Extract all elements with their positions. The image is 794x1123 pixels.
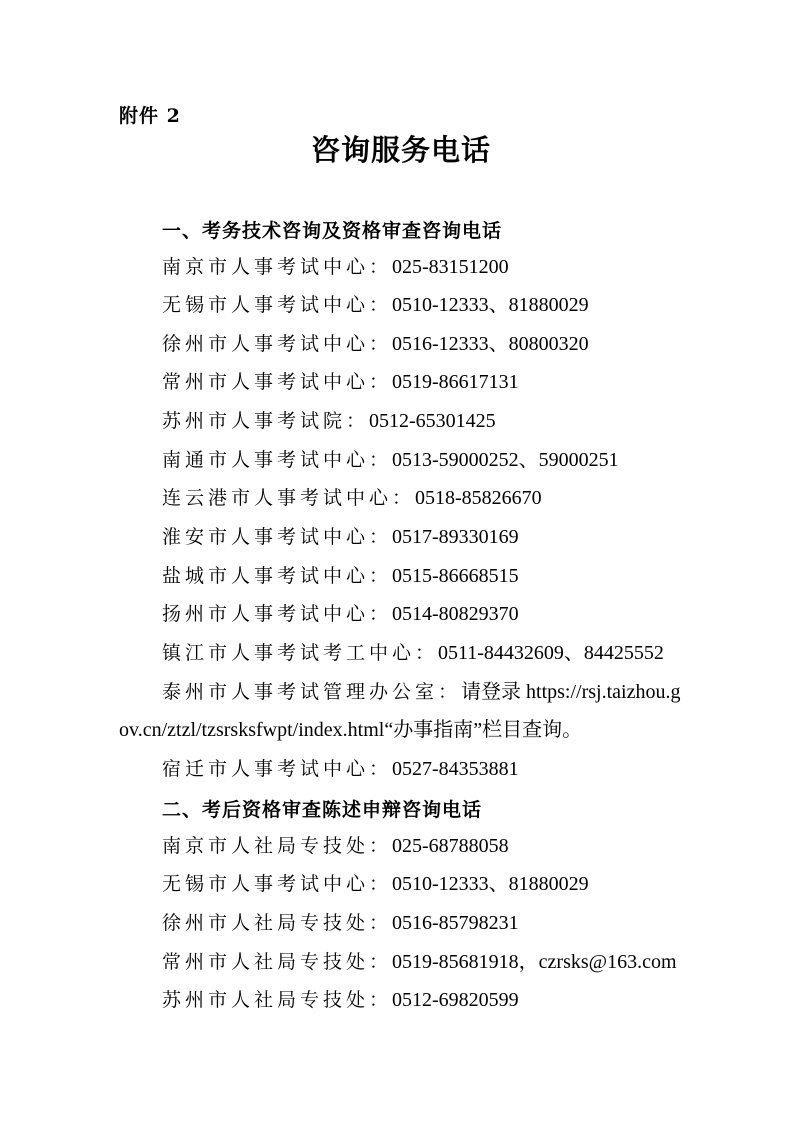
- org-name: 常州市人事考试中心：: [162, 371, 392, 393]
- org-name: 扬州市人事考试中心：: [162, 603, 392, 625]
- phone-value: 0510-12333、81880029: [392, 294, 589, 316]
- contact-line: 连云港市人事考试中心：0518-85826670: [162, 486, 542, 510]
- phone-email-value: 0519-85681918，czrsks@163.com: [392, 951, 677, 973]
- contact-line: 徐州市人社局专技处：0516-85798231: [162, 911, 519, 935]
- org-name: 苏州市人社局专技处：: [162, 989, 392, 1011]
- contact-line: 南通市人事考试中心：0513-59000252、59000251: [162, 448, 619, 472]
- contact-line: 无锡市人事考试中心：0510-12333、81880029: [162, 293, 589, 317]
- org-name: 宿迁市人事考试中心：: [162, 758, 392, 780]
- org-name: 连云港市人事考试中心：: [162, 487, 415, 509]
- contact-line: 常州市人事考试中心：0519-86617131: [162, 370, 519, 394]
- contact-line: 常州市人社局专技处：0519-85681918，czrsks@163.com: [162, 950, 677, 974]
- url-value: 请登录 https://rsj.taizhou.g: [461, 681, 680, 703]
- contact-line: 南京市人社局专技处：025-68788058: [162, 834, 509, 858]
- phone-value: 0518-85826670: [415, 487, 542, 509]
- phone-value: 0513-59000252、59000251: [392, 449, 619, 471]
- org-name: 无锡市人事考试中心：: [162, 873, 392, 895]
- org-name: 盐城市人事考试中心：: [162, 565, 392, 587]
- contact-line: 苏州市人事考试院：0512-65301425: [162, 409, 496, 433]
- org-name: 无锡市人事考试中心：: [162, 294, 392, 316]
- org-name: 徐州市人社局专技处：: [162, 912, 392, 934]
- phone-value: 0519-86617131: [392, 371, 519, 393]
- org-name: 淮安市人事考试中心：: [162, 526, 392, 548]
- contact-line: 泰州市人事考试管理办公室：请登录 https://rsj.taizhou.g: [162, 680, 680, 704]
- contact-line: 淮安市人事考试中心：0517-89330169: [162, 525, 519, 549]
- phone-value: 0510-12333、81880029: [392, 873, 589, 895]
- contact-line: 镇江市人事考试考工中心：0511-84432609、84425552: [162, 641, 664, 665]
- attachment-label: 附件 2: [119, 101, 181, 128]
- url-continuation: ov.cn/ztzl/tzsrsksfwpt/index.html“办事指南”栏…: [119, 718, 582, 742]
- contact-line: 扬州市人事考试中心：0514-80829370: [162, 602, 519, 626]
- contact-line: 盐城市人事考试中心：0515-86668515: [162, 564, 519, 588]
- section-heading-1: 一、考务技术咨询及资格审查咨询电话: [162, 216, 502, 243]
- phone-value: 0527-84353881: [392, 758, 519, 780]
- org-name: 南京市人社局专技处：: [162, 835, 392, 857]
- org-name: 南通市人事考试中心：: [162, 449, 392, 471]
- contact-line: 徐州市人事考试中心：0516-12333、80800320: [162, 332, 589, 356]
- phone-value: 025-68788058: [392, 835, 509, 857]
- org-name: 苏州市人事考试院：: [162, 410, 369, 432]
- org-name: 常州市人社局专技处：: [162, 951, 392, 973]
- section-heading-2: 二、考后资格审查陈述申辩咨询电话: [162, 795, 482, 822]
- contact-line: 南京市人事考试中心：025-83151200: [162, 255, 509, 279]
- contact-line: 苏州市人社局专技处：0512-69820599: [162, 988, 519, 1012]
- phone-value: 0514-80829370: [392, 603, 519, 625]
- org-name: 徐州市人事考试中心：: [162, 333, 392, 355]
- page-title: 咨询服务电话: [0, 128, 794, 169]
- phone-value: 0516-12333、80800320: [392, 333, 589, 355]
- phone-value: 0511-84432609、84425552: [438, 642, 664, 664]
- org-name: 南京市人事考试中心：: [162, 256, 392, 278]
- phone-value: 0516-85798231: [392, 912, 519, 934]
- phone-value: 0517-89330169: [392, 526, 519, 548]
- phone-value: 0515-86668515: [392, 565, 519, 587]
- contact-line: 无锡市人事考试中心：0510-12333、81880029: [162, 872, 589, 896]
- contact-line: 宿迁市人事考试中心：0527-84353881: [162, 757, 519, 781]
- url-continuation-text: ov.cn/ztzl/tzsrsksfwpt/index.html“办事指南”栏…: [119, 719, 582, 741]
- phone-value: 0512-69820599: [392, 989, 519, 1011]
- org-name: 镇江市人事考试考工中心：: [162, 642, 438, 664]
- phone-value: 025-83151200: [392, 256, 509, 278]
- phone-value: 0512-65301425: [369, 410, 496, 432]
- org-name: 泰州市人事考试管理办公室：: [162, 681, 461, 703]
